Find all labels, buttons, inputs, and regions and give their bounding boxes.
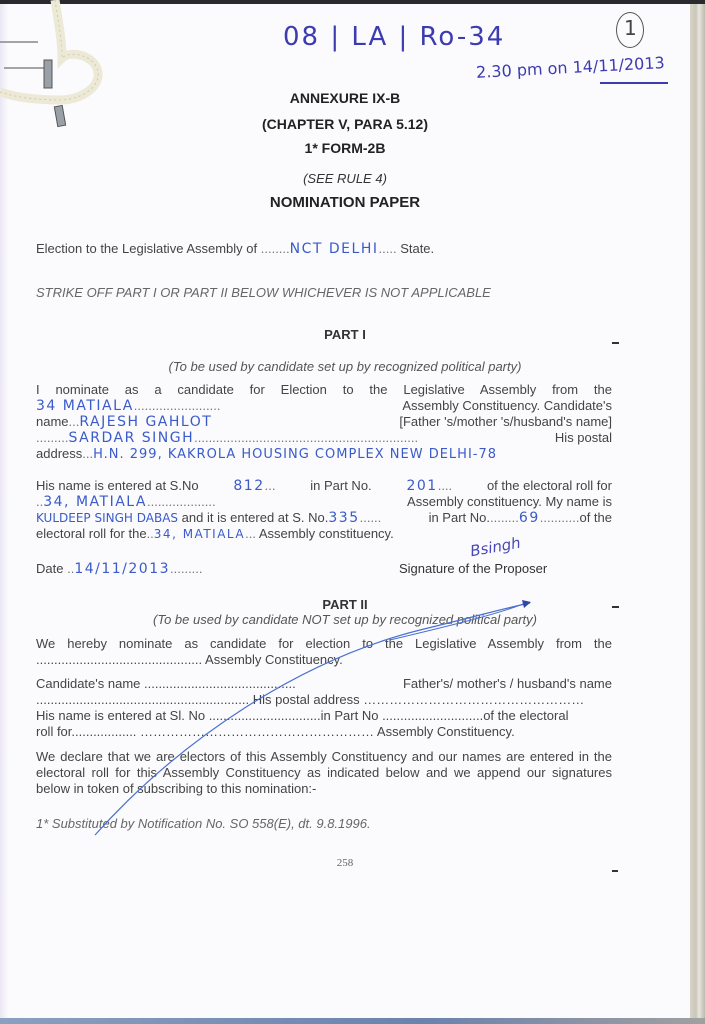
election-line: Election to the Legislative Assembly of …: [36, 241, 612, 257]
proposer-constituency-value[interactable]: 34, MATIALA: [154, 527, 245, 541]
candidate-serial-no[interactable]: 812: [233, 478, 264, 494]
proposer-serial-no[interactable]: 335: [328, 510, 359, 526]
footnote: 1* Substituted by Notification No. SO 55…: [36, 816, 371, 831]
roll-constituency-value[interactable]: 34, MATIALA: [43, 494, 147, 510]
part2-declaration: We declare that we are electors of this …: [36, 749, 612, 797]
part2-subtitle: (To be used by candidate NOT set up by r…: [0, 612, 690, 627]
file-reference-handwritten: 08 | LA | Ro-34: [283, 22, 505, 52]
annexure-heading: ANNEXURE IX-B: [0, 90, 690, 106]
proposer-part-no[interactable]: 69: [519, 510, 540, 526]
candidate-part-no[interactable]: 201: [406, 478, 437, 494]
margin-mark: [612, 342, 619, 344]
scanner-bottom-edge: [0, 1018, 705, 1024]
part2-candidate-paragraph: Candidate's name .......................…: [36, 676, 612, 740]
part2-nomination-paragraph: We hereby nominate as candidate for elec…: [36, 636, 612, 668]
part1-subtitle: (To be used by candidate set up by recog…: [0, 359, 690, 374]
part1-electoral-roll-paragraph: His name is entered at S.No 812... in Pa…: [36, 478, 612, 542]
chapter-heading: (CHAPTER V, PARA 5.12): [0, 116, 690, 132]
candidate-name-value[interactable]: RAJESH GAHLOT: [79, 414, 212, 430]
proposer-name-value[interactable]: KULDEEP SINGH DABAS: [36, 511, 178, 525]
rule-reference: (SEE RULE 4): [0, 171, 690, 186]
proposer-signature-label: Signature of the Proposer: [399, 561, 547, 576]
stacked-pages-edge: [690, 4, 705, 1020]
strike-off-instruction: STRIKE OFF PART I OR PART II BELOW WHICH…: [36, 285, 491, 300]
constituency-value[interactable]: 34 MATIALA: [36, 398, 134, 414]
date-value[interactable]: 14/11/2013: [74, 561, 170, 577]
state-value[interactable]: NCT DELHI: [290, 241, 379, 257]
postal-address-value[interactable]: H.N. 299, KAKROLA HOUSING COMPLEX NEW DE…: [93, 447, 497, 462]
margin-mark: [612, 606, 619, 608]
timestamp-underline: [600, 82, 668, 84]
document-title: NOMINATION PAPER: [0, 194, 690, 211]
part1-title: PART I: [0, 327, 690, 342]
form-heading: 1* FORM-2B: [0, 140, 690, 156]
binder-string-icon: [0, 0, 110, 130]
father-name-value[interactable]: SARDAR SINGH: [69, 430, 195, 446]
margin-mark: [612, 870, 618, 872]
page-number: 258: [0, 857, 690, 869]
page-number-circle-label: 1: [624, 16, 637, 40]
part2-title: PART II: [0, 597, 690, 612]
part1-nomination-paragraph: I nominate as a candidate for Election t…: [36, 382, 612, 463]
